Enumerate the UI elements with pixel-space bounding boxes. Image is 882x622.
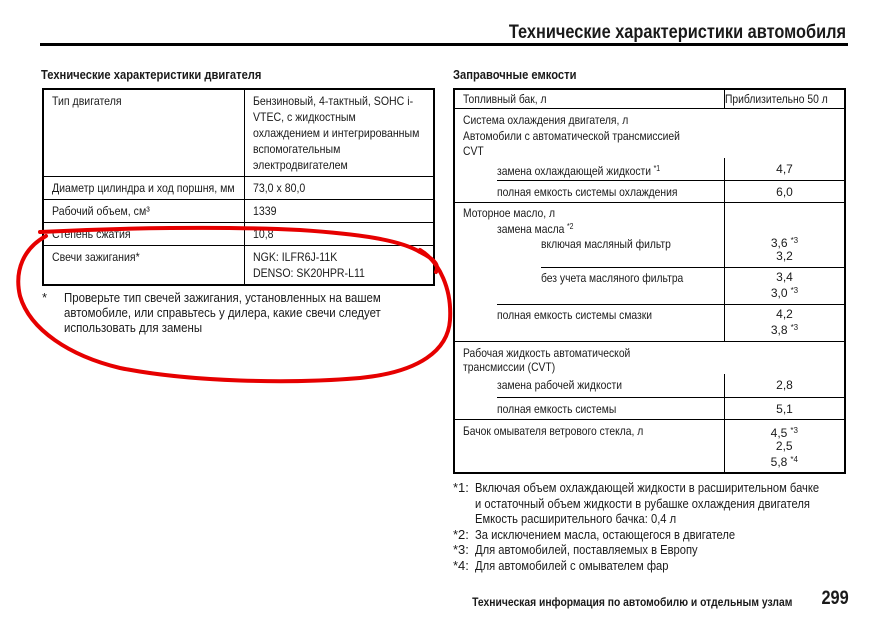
table-row: Система охлаждения двигателя, л Автомоби… <box>454 109 845 203</box>
fluid-capacities-table: Топливный бак, л Приблизительно 50 л Сис… <box>453 88 846 474</box>
compression-label: Степень сжатия <box>43 223 245 246</box>
coolant-change-value: 4,7 <box>724 158 844 180</box>
engine-specs-table: Тип двигателя Бензиновый, 4-тактный, SOH… <box>42 88 435 286</box>
table-row: Диаметр цилиндра и ход поршня, мм 73,0 x… <box>43 177 434 200</box>
displacement-value: 1339 <box>245 200 434 223</box>
engine-specs-title: Технические характеристики двигателя <box>41 67 297 82</box>
engine-type-value: Бензиновый, 4-тактный, SOHC i- VTEC, с ж… <box>245 89 434 177</box>
table-row: Свечи зажигания* NGK: ILFR6J-11K DENSO: … <box>43 246 434 286</box>
oil-total-label: полная емкость системы смазки <box>497 304 724 341</box>
footnote-4: *4: Для автомобилей с омывателем фар <box>453 558 853 574</box>
table-row: Топливный бак, л Приблизительно 50 л <box>454 89 845 109</box>
page-number: 299 <box>817 588 849 610</box>
table-row: Бачок омывателя ветрового стекла, л 4,5*… <box>454 420 845 474</box>
coolant-change-label: замена охлаждающей жидкости*1 <box>455 158 724 180</box>
coolant-header: Система охлаждения двигателя, л <box>455 112 844 128</box>
oil-with-filter-values: 3,6*3 3,2 <box>724 203 844 267</box>
page-title: Технические характеристики автомобиля <box>454 22 846 44</box>
oil-without-filter-values: 3,4 3,0*3 <box>724 267 844 304</box>
bore-stroke-label: Диаметр цилиндра и ход поршня, мм <box>43 177 245 200</box>
bore-stroke-value: 73,0 x 80,0 <box>245 177 434 200</box>
displacement-label: Рабочий объем, см³ <box>43 200 245 223</box>
engine-type-label: Тип двигателя <box>43 89 245 177</box>
table-row: Тип двигателя Бензиновый, 4-тактный, SOH… <box>43 89 434 177</box>
table-row: Рабочий объем, см³ 1339 <box>43 200 434 223</box>
fluid-footnotes: *1: Включая объем охлаждающей жидкости в… <box>453 480 853 573</box>
footnote-2: *2: За исключением масла, остающегося в … <box>453 527 853 543</box>
cvt-total-label: полная емкость системы <box>497 397 724 419</box>
title-rule <box>40 43 848 46</box>
oil-change-label: замена масла*2 <box>455 220 724 236</box>
spark-plugs-label: Свечи зажигания* <box>43 246 245 286</box>
section-footer: Техническая информация по автомобилю и о… <box>420 595 792 609</box>
compression-value: 10,8 <box>245 223 434 246</box>
cvt-change-label: замена рабочей жидкости <box>455 374 724 397</box>
washer-label: Бачок омывателя ветрового стекла, л <box>455 424 724 438</box>
oil-without-filter-label: без учета масляного фильтра <box>541 267 724 304</box>
table-row: Степень сжатия 10,8 <box>43 223 434 246</box>
washer-values: 4,5*3 2,5 5,8*4 <box>724 420 845 474</box>
oil-with-filter-label: включая масляный фильтр <box>455 236 724 252</box>
fluid-capacities-title: Заправочные емкости <box>453 67 597 82</box>
footnote-1: *1: Включая объем охлаждающей жидкости в… <box>453 480 853 527</box>
coolant-total-label: полная емкость системы охлаждения <box>497 180 724 202</box>
cvt-header: Рабочая жидкость автоматической <box>455 346 844 361</box>
oil-total-values: 4,2 3,8*3 <box>724 304 844 341</box>
table-row: Рабочая жидкость автоматической трансмис… <box>454 342 845 420</box>
footnote-3: *3: Для автомобилей, поставляемых в Евро… <box>453 542 853 558</box>
fuel-tank-value: Приблизительно 50 л <box>724 89 845 109</box>
oil-header: Моторное масло, л <box>455 206 724 220</box>
coolant-total-value: 6,0 <box>724 180 844 202</box>
spark-plugs-value: NGK: ILFR6J-11K DENSO: SK20HPR-L11 <box>245 246 434 286</box>
cvt-total-value: 5,1 <box>724 397 844 419</box>
fuel-tank-label: Топливный бак, л <box>455 92 724 106</box>
cvt-change-value: 2,8 <box>724 374 844 397</box>
table-row: Моторное масло, л замена масла*2 включая… <box>454 203 845 342</box>
